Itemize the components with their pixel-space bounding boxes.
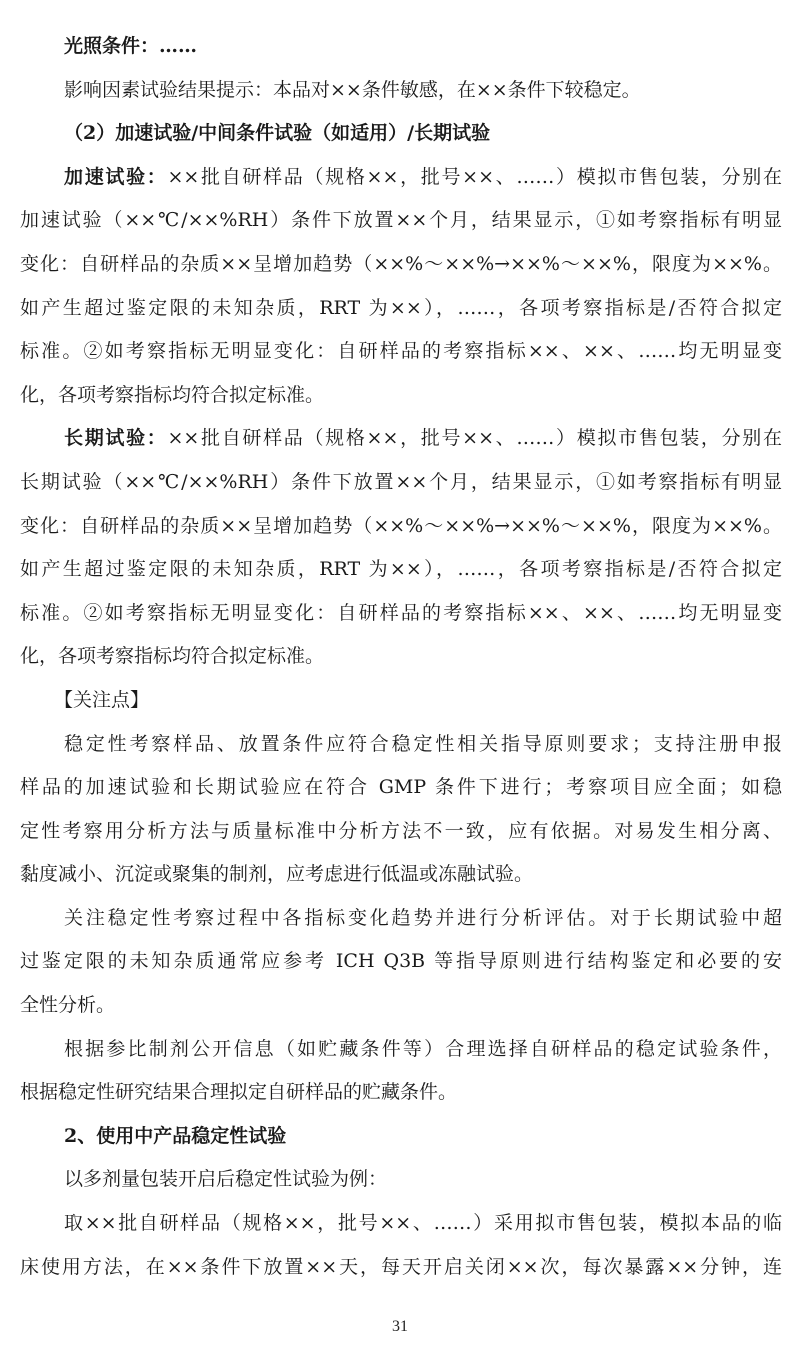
accelerated-test-para-line-4: 如产生超过鉴定限的未知杂质，RRT 为××），……，各项考察指标是/否符合拟定 bbox=[20, 287, 782, 331]
longterm-test-para-line-2: 长期试验（××℃/××%RH）条件下放置××个月，结果显示，①如考察指标有明显 bbox=[20, 461, 782, 505]
longterm-test-text: ××批自研样品（规格××，批号××、……）模拟市售包装，分别在 bbox=[167, 427, 782, 449]
in-use-example-intro: 以多剂量包装开启后稳定性试验为例： bbox=[20, 1158, 782, 1202]
light-condition-label: 光照条件： bbox=[64, 35, 159, 57]
longterm-test-para-line-3: 变化：自研样品的杂质××呈增加趋势（××%～××%→××%～××%，限度为××%… bbox=[20, 505, 782, 549]
in-use-para-line-2: 床使用方法，在××条件下放置××天，每天开启关闭××次，每次暴露××分钟，连 bbox=[20, 1246, 782, 1290]
key-points-para3-line-2: 根据稳定性研究结果合理拟定自研样品的贮藏条件。 bbox=[20, 1071, 782, 1115]
key-points-para2-line-3: 全性分析。 bbox=[20, 984, 782, 1028]
key-points-para1-line-1: 稳定性考察样品、放置条件应符合稳定性相关指导原则要求；支持注册申报 bbox=[20, 723, 782, 767]
key-points-para1-line-4: 黏度减小、沉淀或聚集的制剂，应考虑进行低温或冻融试验。 bbox=[20, 853, 782, 897]
longterm-test-label: 长期试验： bbox=[64, 427, 167, 449]
light-condition-line: 光照条件：…… bbox=[20, 25, 782, 69]
longterm-test-para-line-5: 标准。②如考察指标无明显变化：自研样品的考察指标××、××、……均无明显变 bbox=[20, 592, 782, 636]
longterm-test-para-line-4: 如产生超过鉴定限的未知杂质，RRT 为××），……，各项考察指标是/否符合拟定 bbox=[20, 548, 782, 592]
section-heading-accelerated-longterm: （2）加速试验/中间条件试验（如适用）/长期试验 bbox=[20, 112, 782, 156]
accelerated-test-para-line-2: 加速试验（××℃/××%RH）条件下放置××个月，结果显示，①如考察指标有明显 bbox=[20, 199, 782, 243]
key-points-para1-line-2: 样品的加速试验和长期试验应在符合 GMP 条件下进行；考察项目应全面；如稳 bbox=[20, 766, 782, 810]
key-points-para2-line-1: 关注稳定性考察过程中各指标变化趋势并进行分析评估。对于长期试验中超 bbox=[20, 897, 782, 941]
document-page: 光照条件：…… 影响因素试验结果提示：本品对××条件敏感，在××条件下较稳定。 … bbox=[20, 25, 782, 1289]
accelerated-test-para-line-3: 变化：自研样品的杂质××呈增加趋势（××%～××%→××%～××%，限度为××%… bbox=[20, 243, 782, 287]
accelerated-test-label: 加速试验： bbox=[64, 166, 167, 188]
accelerated-test-para-line-1: 加速试验：××批自研样品（规格××，批号××、……）模拟市售包装，分别在 bbox=[20, 156, 782, 200]
accelerated-test-para-line-6: 化，各项考察指标均符合拟定标准。 bbox=[20, 374, 782, 418]
key-points-heading: 【关注点】 bbox=[20, 679, 782, 723]
accelerated-test-para-line-5: 标准。②如考察指标无明显变化：自研样品的考察指标××、××、……均无明显变 bbox=[20, 330, 782, 374]
section-heading-in-use-stability: 2、使用中产品稳定性试验 bbox=[20, 1115, 782, 1159]
key-points-para1-line-3: 定性考察用分析方法与质量标准中分析方法不一致，应有依据。对易发生相分离、 bbox=[20, 810, 782, 854]
page-number: 31 bbox=[0, 1318, 800, 1336]
key-points-para2-line-2: 过鉴定限的未知杂质通常应参考 ICH Q3B 等指导原则进行结构鉴定和必要的安 bbox=[20, 940, 782, 984]
light-condition-value: …… bbox=[159, 35, 197, 57]
accelerated-test-text: ××批自研样品（规格××，批号××、……）模拟市售包装，分别在 bbox=[167, 166, 782, 188]
in-use-para-line-1: 取××批自研样品（规格××，批号××、……）采用拟市售包装，模拟本品的临 bbox=[20, 1202, 782, 1246]
key-points-para3-line-1: 根据参比制剂公开信息（如贮藏条件等）合理选择自研样品的稳定试验条件， bbox=[20, 1028, 782, 1072]
longterm-test-para-line-1: 长期试验：××批自研样品（规格××，批号××、……）模拟市售包装，分别在 bbox=[20, 417, 782, 461]
longterm-test-para-line-6: 化，各项考察指标均符合拟定标准。 bbox=[20, 635, 782, 679]
influence-factor-result: 影响因素试验结果提示：本品对××条件敏感，在××条件下较稳定。 bbox=[20, 69, 782, 113]
